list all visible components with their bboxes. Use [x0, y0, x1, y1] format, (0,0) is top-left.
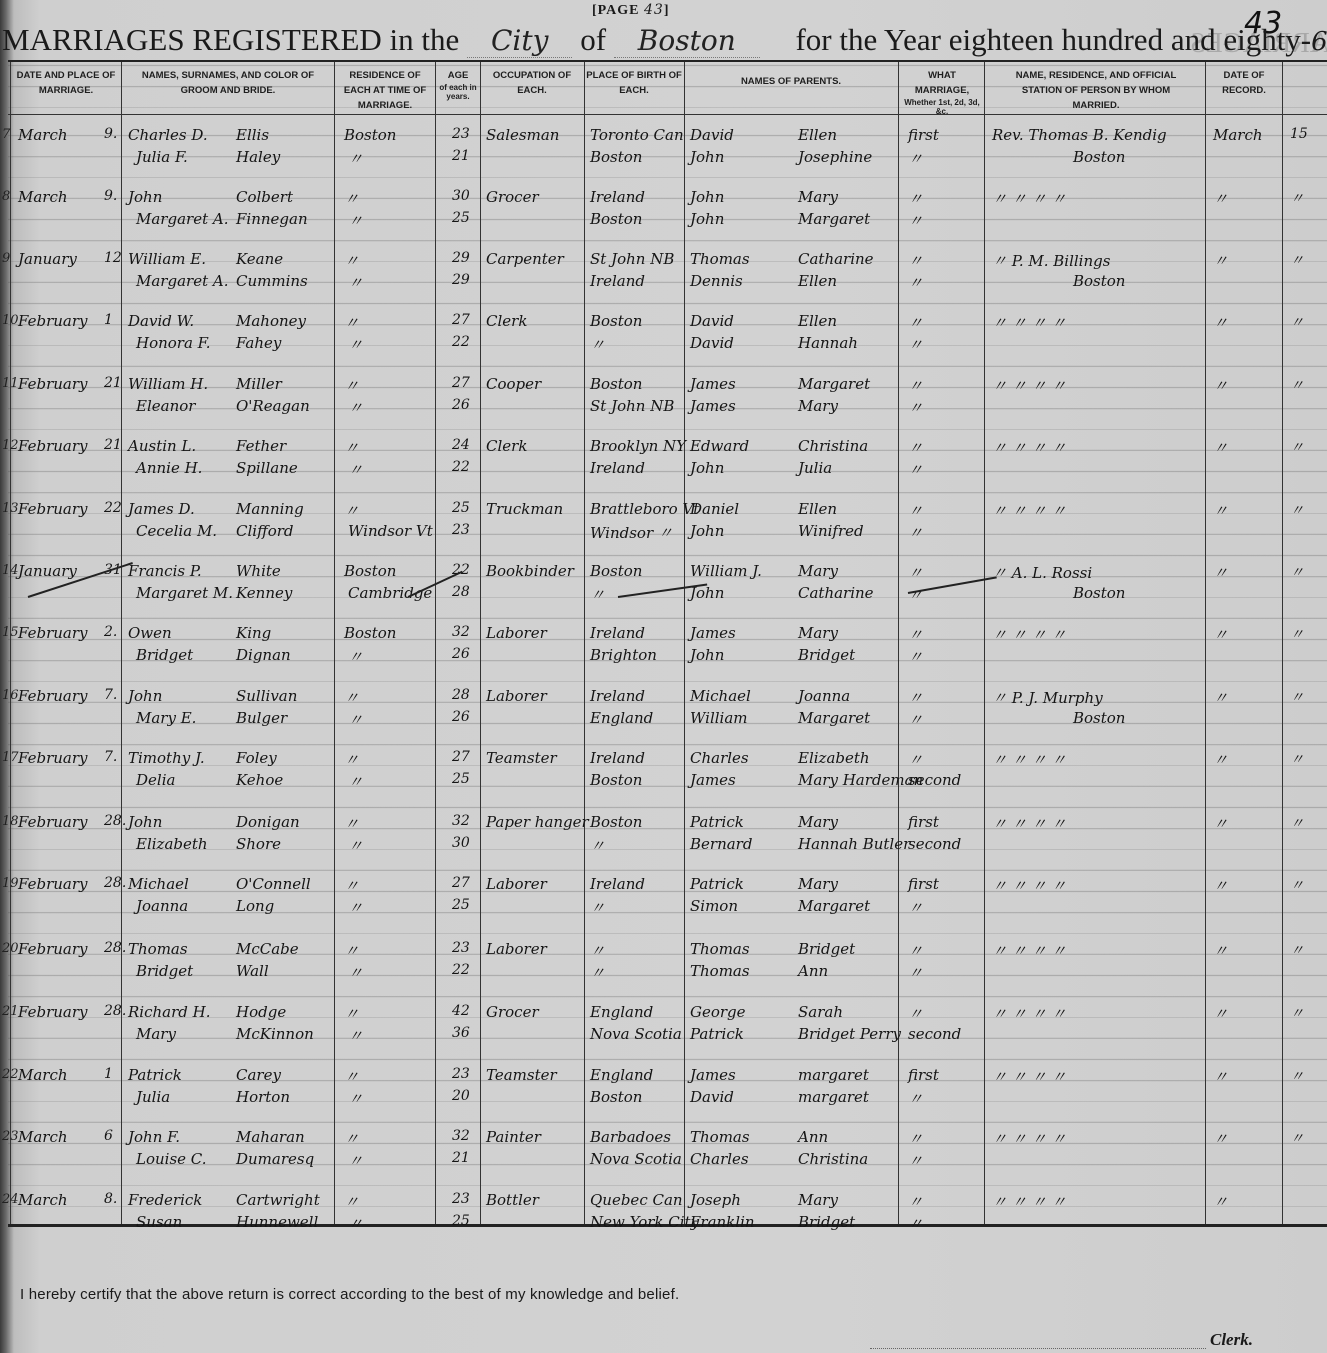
bride-mother: Hannah	[798, 334, 858, 352]
header-names: NAMES, SURNAMES, AND COLOR OF GROOM AND …	[123, 68, 333, 98]
bride-father: David	[690, 334, 734, 352]
bride-age: 22	[452, 459, 470, 475]
groom-residence: 〃	[344, 940, 359, 961]
bride-given-names: Susan	[136, 1213, 182, 1231]
bride-given-names: Julia F.	[136, 148, 188, 166]
marriage-day: 28.	[104, 875, 126, 891]
groom-mother: Mary	[798, 188, 838, 206]
groom-mother: Mary	[798, 875, 838, 893]
title-prefix: MARRIAGES REGISTERED in the	[2, 22, 459, 57]
bride-marriage-number: second	[908, 1025, 961, 1043]
bride-given-names: Delia	[136, 771, 175, 789]
groom-age: 32	[452, 813, 470, 829]
bride-given-names: Elizabeth	[136, 835, 208, 853]
entry-number: 19	[2, 876, 19, 891]
bride-birthplace: Boston	[590, 148, 642, 166]
register-entry: 14January31Francis P.WhiteMargaret M.Ken…	[8, 556, 1327, 618]
groom-residence: 〃	[344, 813, 359, 834]
groom-birthplace: Brattleboro Vt	[590, 500, 699, 518]
groom-age: 27	[452, 312, 470, 328]
bride-age: 26	[452, 646, 470, 662]
bride-age: 21	[452, 1150, 470, 1166]
groom-given-names: David W.	[128, 312, 194, 330]
groom-residence: 〃	[344, 312, 359, 333]
bride-age: 26	[452, 709, 470, 725]
bride-marriage-number: 〃	[908, 272, 923, 293]
groom-marriage-number: 〃	[908, 1003, 923, 1024]
bride-surname: O'Reagan	[236, 397, 310, 415]
entry-number: 13	[2, 501, 19, 516]
bride-father: Simon	[690, 897, 738, 915]
bride-residence: 〃	[348, 397, 363, 418]
header-what-marriage-label: WHAT MARRIAGE,	[915, 70, 969, 96]
marriage-day: 9.	[104, 188, 117, 204]
header-record-date: DATE OF RECORD.	[1207, 68, 1281, 98]
bride-father: John	[690, 459, 724, 477]
groom-birthplace: Brooklyn NY	[590, 437, 686, 455]
bride-mother: Bridget	[798, 646, 855, 664]
entry-number: 24	[2, 1192, 19, 1207]
bride-birthplace: Boston	[590, 771, 642, 789]
bride-given-names: Mary	[136, 1025, 176, 1043]
groom-given-names: Patrick	[128, 1066, 182, 1084]
record-day: 15	[1290, 126, 1308, 142]
marriage-day: 7.	[104, 687, 117, 703]
officiant-name: 〃 〃 〃 〃	[992, 375, 1066, 396]
groom-age: 32	[452, 624, 470, 640]
bride-mother: Bridget Perry	[798, 1025, 901, 1043]
bride-father: David	[690, 1088, 734, 1106]
groom-marriage-number: 〃	[908, 500, 923, 521]
title-of: of	[580, 22, 606, 57]
register-page: MARRIAGES [PAGE 43] 43 MARRIAGES REGISTE…	[0, 0, 1327, 1353]
record-day: 〃	[1290, 500, 1304, 520]
bride-residence: 〃	[348, 771, 363, 792]
groom-marriage-number: 〃	[908, 188, 923, 209]
record-day: 〃	[1290, 813, 1304, 833]
groom-father: John	[690, 188, 724, 206]
record-month: 〃	[1213, 375, 1228, 396]
header-age-label: AGE	[448, 70, 469, 81]
bride-surname: Bulger	[236, 709, 287, 727]
record-day: 〃	[1290, 250, 1304, 270]
bride-surname: Hunnewell	[236, 1213, 318, 1231]
bride-mother: Margaret	[798, 210, 870, 228]
occupation: Teamster	[486, 749, 557, 767]
record-day: 〃	[1290, 437, 1304, 457]
bride-mother: Bridget	[798, 1213, 855, 1231]
bride-marriage-number: 〃	[908, 1150, 923, 1171]
bride-mother: Ellen	[798, 272, 837, 290]
bride-age: 26	[452, 397, 470, 413]
header-officiant: NAME, RESIDENCE, AND OFFICIAL STATION OF…	[998, 68, 1194, 113]
groom-birthplace: 〃	[590, 940, 605, 961]
groom-birthplace: Toronto Can	[590, 126, 684, 144]
header-age-sub: of each in years.	[437, 83, 479, 101]
bride-surname: Horton	[236, 1088, 290, 1106]
signature-line	[870, 1348, 1206, 1349]
groom-mother: Mary	[798, 1191, 838, 1209]
groom-given-names: John	[128, 813, 162, 831]
occupation: Paper hanger	[486, 813, 589, 831]
groom-birthplace: St John NB	[590, 250, 674, 268]
bride-residence: 〃	[348, 210, 363, 231]
record-month: 〃	[1213, 813, 1228, 834]
groom-given-names: Michael	[128, 875, 189, 893]
groom-birthplace: Boston	[590, 562, 642, 580]
bride-mother: Christina	[798, 1150, 868, 1168]
groom-age: 23	[452, 126, 470, 142]
bride-residence: Cambridge	[348, 584, 432, 602]
officiant-name: 〃 〃 〃 〃	[992, 188, 1066, 209]
groom-marriage-number: 〃	[908, 687, 923, 708]
bride-age: 25	[452, 1213, 470, 1229]
groom-father: Thomas	[690, 1128, 750, 1146]
groom-surname: White	[236, 562, 281, 580]
record-day: 〃	[1290, 624, 1304, 644]
record-day: 〃	[1290, 1003, 1304, 1023]
officiant-name: 〃 〃 〃 〃	[992, 875, 1066, 896]
officiant-name: 〃 〃 〃 〃	[992, 940, 1066, 961]
bride-residence: 〃	[348, 646, 363, 667]
record-day: 〃	[1290, 687, 1304, 707]
bride-birthplace: 〃	[590, 584, 605, 605]
groom-mother: Ellen	[798, 500, 837, 518]
groom-given-names: Francis P.	[128, 562, 202, 580]
groom-father: James	[690, 1066, 736, 1084]
bride-marriage-number: 〃	[908, 397, 923, 418]
bride-given-names: Mary E.	[136, 709, 196, 727]
groom-father: Thomas	[690, 940, 750, 958]
bride-father: John	[690, 148, 724, 166]
bride-father: Charles	[690, 1150, 749, 1168]
bride-father: James	[690, 397, 736, 415]
groom-father: James	[690, 375, 736, 393]
groom-father: Patrick	[690, 875, 744, 893]
record-month: March	[1213, 126, 1263, 144]
header-what-marriage-sub: Whether 1st, 2d, 3d, &c.	[900, 98, 984, 116]
groom-surname: Donigan	[236, 813, 300, 831]
bride-marriage-number: 〃	[908, 148, 923, 169]
groom-mother: Christina	[798, 437, 868, 455]
groom-mother: margaret	[798, 1066, 869, 1084]
entry-number: 18	[2, 814, 19, 829]
bride-given-names: Bridget	[136, 962, 193, 980]
bride-birthplace: Windsor 〃	[590, 522, 673, 543]
occupation: Cooper	[486, 375, 541, 393]
bride-given-names: Joanna	[136, 897, 188, 915]
groom-age: 27	[452, 875, 470, 891]
page-number-handwritten: 43	[644, 2, 664, 18]
bride-birthplace: Ireland	[590, 272, 645, 290]
register-entry: 16February7.JohnSullivanMary E.Bulger〃〃2…	[8, 681, 1327, 743]
occupation: Laborer	[486, 940, 547, 958]
register-table: DATE AND PLACE OF MARRIAGE. NAMES, SURNA…	[8, 60, 1327, 1227]
entry-number: 11	[2, 376, 19, 391]
bride-mother: Julia	[798, 459, 832, 477]
marriage-month: February	[18, 624, 88, 642]
header-birthplace: PLACE OF BIRTH OF EACH.	[586, 68, 682, 98]
groom-residence: 〃	[344, 250, 359, 271]
groom-residence: Boston	[344, 126, 396, 144]
groom-residence: 〃	[344, 375, 359, 396]
bride-father: Dennis	[690, 272, 743, 290]
header-what-marriage: WHAT MARRIAGE, Whether 1st, 2d, 3d, &c.	[900, 68, 984, 116]
header-divider	[8, 114, 1327, 115]
groom-marriage-number: 〃	[908, 437, 923, 458]
groom-given-names: Richard H.	[128, 1003, 211, 1021]
bride-surname: Clifford	[236, 522, 294, 540]
bride-birthplace: Brighton	[590, 646, 657, 664]
groom-age: 27	[452, 375, 470, 391]
groom-mother: Catharine	[798, 250, 874, 268]
record-month: 〃	[1213, 312, 1228, 333]
bride-residence: 〃	[348, 272, 363, 293]
marriage-day: 28.	[104, 940, 126, 956]
entry-number: 7	[2, 127, 10, 142]
occupation: Teamster	[486, 1066, 557, 1084]
record-month: 〃	[1213, 437, 1228, 458]
record-day: 〃	[1290, 188, 1304, 208]
marriage-month: January	[18, 562, 77, 580]
groom-age: 24	[452, 437, 470, 453]
header-age: AGE of each in years.	[437, 68, 479, 101]
record-day: 〃	[1290, 875, 1304, 895]
bride-birthplace: Boston	[590, 1088, 642, 1106]
bride-given-names: Margaret A.	[136, 272, 228, 290]
bride-surname: Dumaresq	[236, 1150, 314, 1168]
record-day: 〃	[1290, 312, 1304, 332]
bride-given-names: Eleanor	[136, 397, 195, 415]
bride-birthplace: 〃	[590, 962, 605, 983]
groom-father: James	[690, 624, 736, 642]
bride-residence: 〃	[348, 1088, 363, 1109]
groom-marriage-number: first	[908, 1066, 939, 1084]
bride-mother: Ann	[798, 962, 828, 980]
entry-number: 14	[2, 563, 19, 578]
bride-given-names: Louise C.	[136, 1150, 207, 1168]
marriage-day: 21	[104, 375, 122, 391]
record-month: 〃	[1213, 188, 1228, 209]
groom-age: 32	[452, 1128, 470, 1144]
record-month: 〃	[1213, 250, 1228, 271]
groom-mother: Joanna	[798, 687, 850, 705]
bride-given-names: Bridget	[136, 646, 193, 664]
register-entry: 20February28.ThomasMcCabeBridgetWall〃〃23…	[8, 934, 1327, 996]
marriage-month: January	[18, 250, 77, 268]
groom-birthplace: Boston	[590, 813, 642, 831]
groom-mother: Bridget	[798, 940, 855, 958]
marriage-month: February	[18, 312, 88, 330]
officiant-residence: Boston	[1073, 584, 1125, 602]
bride-marriage-number: 〃	[908, 962, 923, 983]
groom-given-names: James D.	[128, 500, 195, 518]
bride-father: Patrick	[690, 1025, 744, 1043]
groom-birthplace: Barbadoes	[590, 1128, 671, 1146]
bride-mother: Catharine	[798, 584, 874, 602]
groom-residence: 〃	[344, 1191, 359, 1212]
groom-given-names: John	[128, 687, 162, 705]
bride-birthplace: Nova Scotia	[590, 1150, 682, 1168]
marriage-month: March	[18, 126, 68, 144]
bride-residence: 〃	[348, 962, 363, 983]
occupation: Carpenter	[486, 250, 564, 268]
bride-age: 23	[452, 522, 470, 538]
entry-number: 17	[2, 750, 19, 765]
bride-age: 25	[452, 771, 470, 787]
officiant-name: 〃 〃 〃 〃	[992, 749, 1066, 770]
bride-birthplace: 〃	[590, 334, 605, 355]
groom-mother: Mary	[798, 624, 838, 642]
bride-marriage-number: 〃	[908, 210, 923, 231]
entry-number: 10	[2, 313, 19, 328]
bride-residence: 〃	[348, 1213, 363, 1234]
entry-number: 15	[2, 625, 19, 640]
groom-surname: King	[236, 624, 271, 642]
groom-surname: Keane	[236, 250, 283, 268]
bride-age: 25	[452, 897, 470, 913]
groom-residence: 〃	[344, 1003, 359, 1024]
marriage-day: 28.	[104, 813, 126, 829]
record-month: 〃	[1213, 940, 1228, 961]
bride-birthplace: Boston	[590, 210, 642, 228]
groom-surname: Fether	[236, 437, 286, 455]
groom-mother: Ellen	[798, 126, 837, 144]
record-day: 〃	[1290, 375, 1304, 395]
bride-father: Franklin	[690, 1213, 755, 1231]
register-entry: 22March1PatrickCareyJuliaHorton〃〃2320Tea…	[8, 1060, 1327, 1122]
groom-father: David	[690, 126, 734, 144]
groom-given-names: John	[128, 188, 162, 206]
groom-given-names: William E.	[128, 250, 206, 268]
groom-father: Charles	[690, 749, 749, 767]
groom-father: Edward	[690, 437, 749, 455]
page-number: [PAGE 43]	[592, 2, 670, 19]
bride-residence: 〃	[348, 334, 363, 355]
bride-marriage-number: 〃	[908, 709, 923, 730]
bride-birthplace: Ireland	[590, 459, 645, 477]
groom-father: Patrick	[690, 813, 744, 831]
bride-birthplace: 〃	[590, 835, 605, 856]
occupation: Salesman	[486, 126, 559, 144]
bride-given-names: Margaret A.	[136, 210, 228, 228]
register-entry: 18February28.JohnDoniganElizabethShore〃〃…	[8, 807, 1327, 869]
groom-father: George	[690, 1003, 746, 1021]
groom-father: Daniel	[690, 500, 739, 518]
register-entry: 11February21William H.MillerEleanorO'Rea…	[8, 369, 1327, 431]
groom-surname: O'Connell	[236, 875, 311, 893]
bride-marriage-number: 〃	[908, 1088, 923, 1109]
groom-residence: 〃	[344, 1066, 359, 1087]
groom-marriage-number: 〃	[908, 940, 923, 961]
groom-given-names: Thomas	[128, 940, 188, 958]
groom-given-names: Austin L.	[128, 437, 196, 455]
groom-residence: 〃	[344, 1128, 359, 1149]
groom-marriage-number: 〃	[908, 1128, 923, 1149]
bride-marriage-number: 〃	[908, 459, 923, 480]
occupation: Bottler	[486, 1191, 539, 1209]
bride-father: James	[690, 771, 736, 789]
occupation: Clerk	[486, 312, 527, 330]
marriage-day: 8.	[104, 1191, 117, 1207]
bride-father: Bernard	[690, 835, 752, 853]
groom-mother: Ann	[798, 1128, 828, 1146]
occupation: Painter	[486, 1128, 541, 1146]
page-label: [PAGE	[592, 3, 640, 18]
entry-number: 12	[2, 438, 19, 453]
record-day: 〃	[1290, 1128, 1304, 1148]
bride-surname: Shore	[236, 835, 281, 853]
bride-father: William	[690, 709, 748, 727]
marriage-day: 22	[104, 500, 122, 516]
groom-age: 30	[452, 188, 470, 204]
marriage-day: 1	[104, 312, 113, 328]
marriage-day: 12	[104, 250, 122, 266]
bride-marriage-number: 〃	[908, 897, 923, 918]
bride-residence: Windsor Vt	[348, 522, 433, 540]
bride-age: 22	[452, 334, 470, 350]
bride-birthplace: England	[590, 709, 653, 727]
officiant-name: 〃 〃 〃 〃	[992, 1066, 1066, 1087]
groom-surname: Cartwright	[236, 1191, 320, 1209]
groom-father: William J.	[690, 562, 762, 580]
groom-age: 42	[452, 1003, 470, 1019]
bride-surname: McKinnon	[236, 1025, 314, 1043]
clerk-signature-label: Clerk.	[1210, 1330, 1253, 1350]
groom-age: 28	[452, 687, 470, 703]
groom-marriage-number: first	[908, 875, 939, 893]
record-month: 〃	[1213, 500, 1228, 521]
groom-marriage-number: 〃	[908, 1191, 923, 1212]
bride-residence: 〃	[348, 1025, 363, 1046]
groom-mother: Margaret	[798, 375, 870, 393]
groom-surname: Manning	[236, 500, 304, 518]
record-month: 〃	[1213, 875, 1228, 896]
groom-mother: Elizabeth	[798, 749, 870, 767]
officiant-name: 〃 〃 〃 〃	[992, 1003, 1066, 1024]
groom-surname: Foley	[236, 749, 277, 767]
title-place-name: Boston	[614, 24, 760, 58]
bride-residence: 〃	[348, 148, 363, 169]
record-month: 〃	[1213, 687, 1228, 708]
groom-surname: Carey	[236, 1066, 281, 1084]
groom-surname: Hodge	[236, 1003, 286, 1021]
bride-marriage-number: 〃	[908, 522, 923, 543]
groom-father: Joseph	[690, 1191, 741, 1209]
groom-age: 29	[452, 250, 470, 266]
bride-surname: Haley	[236, 148, 280, 166]
occupation: Grocer	[486, 188, 539, 206]
marriage-day: 21	[104, 437, 122, 453]
bride-birthplace: St John NB	[590, 397, 674, 415]
marriage-month: February	[18, 813, 88, 831]
register-entry: 24March8.FrederickCartwrightSusanHunnewe…	[8, 1185, 1327, 1247]
title-place-type: City	[467, 24, 572, 58]
groom-residence: Boston	[344, 624, 396, 642]
occupation: Laborer	[486, 624, 547, 642]
bride-surname: Spillane	[236, 459, 298, 477]
entry-number: 8	[2, 189, 10, 204]
groom-marriage-number: 〃	[908, 624, 923, 645]
groom-father: Thomas	[690, 250, 750, 268]
bride-residence: 〃	[348, 897, 363, 918]
officiant-name: 〃 〃 〃 〃	[992, 312, 1066, 333]
record-day: 〃	[1290, 562, 1304, 582]
bride-birthplace: New York City	[590, 1213, 699, 1231]
bride-surname: Cummins	[236, 272, 308, 290]
bride-mother: Margaret	[798, 897, 870, 915]
bride-surname: Dignan	[236, 646, 291, 664]
